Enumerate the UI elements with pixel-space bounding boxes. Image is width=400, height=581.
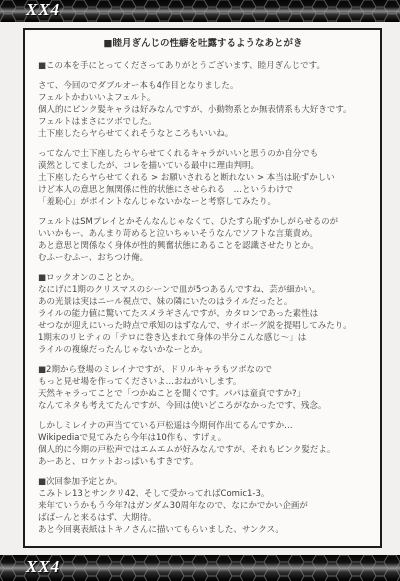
text-line: 天然キャラってことで「つかぬことを聞くです。パパは童貞ですか?」 <box>38 388 368 400</box>
text-line: 個人的に今期の戸松声ではエムエムが好みなんですが、それもピンク髪だよ。 <box>38 444 368 456</box>
footer-page-label: XX4 <box>26 557 60 577</box>
text-line: けど本人の意思と無関係に性的状態にさせられる …というわけで <box>38 184 368 196</box>
afterword-box: ■睦月ぎんじの性癖を吐露するようなあとがき ■この本を手にとってくださってありが… <box>23 28 382 548</box>
text-line: ■ロックオンのこととか。 <box>38 272 368 284</box>
afterword-title: ■睦月ぎんじの性癖を吐露するようなあとがき <box>38 38 368 50</box>
text-line: ■この本を手にとってくださってありがとうございます、睦月ぎんじです。 <box>38 60 368 72</box>
text-line: せつなが迎えにいった時点で承知のはずなんで、サイボーグ説を提唱してみたり。 <box>38 320 368 332</box>
text-line: ライルの複線だったんじゃないかなーとか。 <box>38 344 368 356</box>
paragraph: ■この本を手にとってくださってありがとうございます、睦月ぎんじです。 <box>38 60 368 72</box>
paragraph: ってなんで土下座したらヤらせてくれるキャラがいいと思うのか自分でも漠然としてまし… <box>38 148 368 208</box>
text-line: あと意思と関係なく身体が性的興奮状態にあることを認識させたりとか。 <box>38 240 368 252</box>
paragraph: ■2期から登場のミレイナですが、ドリルキャラもツボなのでもっと見せ場を作ってくだ… <box>38 364 368 412</box>
text-line: なんてネタも考えてたんですが、今回は使いどころがなかったです、残念。 <box>38 400 368 412</box>
text-line: ばばーんと来るはず、大期待。 <box>38 512 368 524</box>
text-line: あと今回裏表紙はトキノさんに描いてもらいました、サンクス。 <box>38 524 368 536</box>
text-line: なにげに1期のクリスマスのシーンで皿が5つあるんですね、芸が細かい。 <box>38 284 368 296</box>
header-bar: XX4 <box>0 0 400 22</box>
text-line: ■次回参加予定とか。 <box>38 476 368 488</box>
paragraph: しかしミレイナの声当てている戸松遥は今期何作出てるんですか…Wikipediaで… <box>38 420 368 468</box>
paragraph: ■次回参加予定とか。こみトレ13とサンクリ42、そして受かってればComic1-… <box>38 476 368 536</box>
scanned-afterword-page: { "header": { "label": "XX4" }, "footer"… <box>0 0 400 581</box>
text-line: 漠然としてましたが、コレを描いている最中に理由判明。 <box>38 160 368 172</box>
paragraph: フェルトはSMプレイとかそんなんじゃなくて、ひたすら恥ずかしがらせるのがいいかも… <box>38 216 368 264</box>
text-line: 来年ていうかもう今年?はガンダム30周年なので、なにかでかい企画が <box>38 500 368 512</box>
text-line: ■2期から登場のミレイナですが、ドリルキャラもツボなので <box>38 364 368 376</box>
text-line: いいかもー、あんまり苛めると泣いちゃいそうなんでソフトな言葉責め。 <box>38 228 368 240</box>
text-line: しかしミレイナの声当てている戸松遥は今期何作出てるんですか… <box>38 420 368 432</box>
text-line: あーあと、ロケットおっぱいもすきです。 <box>38 456 368 468</box>
text-line: もっと見せ場を作ってくださいよ…おねがいします。 <box>38 376 368 388</box>
afterword-body: ■この本を手にとってくださってありがとうございます、睦月ぎんじです。さて、今回の… <box>38 60 368 536</box>
text-line: フェルトはまさにツボでした。 <box>38 116 368 128</box>
text-line: 「羞恥心」がポイントなんじゃないかなーと考察してみたり。 <box>38 196 368 208</box>
text-line: こみトレ13とサンクリ42、そして受かってればComic1-3。 <box>38 488 368 500</box>
footer-bar: XX4 <box>0 555 400 581</box>
text-line: 土下座したらヤらせてくれそうなところもいいね。 <box>38 128 368 140</box>
text-line: 土下座したらヤらせてくれる > お願いされると断れない > 本当は恥ずかしい <box>38 172 368 184</box>
text-line: フェルトかわいいよフェルト。 <box>38 92 368 104</box>
text-line: あの光景は実はニール視点で、妹の隣にいたのはライルだったと。 <box>38 296 368 308</box>
text-line: Wikipediaで見てみたら今年は10作も、すげぇ。 <box>38 432 368 444</box>
text-line: フェルトはSMプレイとかそんなんじゃなくて、ひたすら恥ずかしがらせるのが <box>38 216 368 228</box>
text-line: さて、今回のでダブルオー本も4作目となりました。 <box>38 80 368 92</box>
text-line: 個人的にピンク髪キャラは好みなんですが、小動物系とか無表情系も大好きです。 <box>38 104 368 116</box>
text-line: ライルの能力値に驚いてたスメラギさんですが、カタロンであった素性は <box>38 308 368 320</box>
text-line: ってなんで土下座したらヤらせてくれるキャラがいいと思うのか自分でも <box>38 148 368 160</box>
header-page-label: XX4 <box>26 0 60 20</box>
text-line: 1期末のリヒティの「テロに巻き込まれて身体の半分こんな感じ〜」は <box>38 332 368 344</box>
paragraph: ■ロックオンのこととか。なにげに1期のクリスマスのシーンで皿が5つあるんですね、… <box>38 272 368 356</box>
text-line: むふーむふー、おちつけ俺。 <box>38 252 368 264</box>
paragraph: さて、今回のでダブルオー本も4作目となりました。フェルトかわいいよフェルト。個人… <box>38 80 368 140</box>
